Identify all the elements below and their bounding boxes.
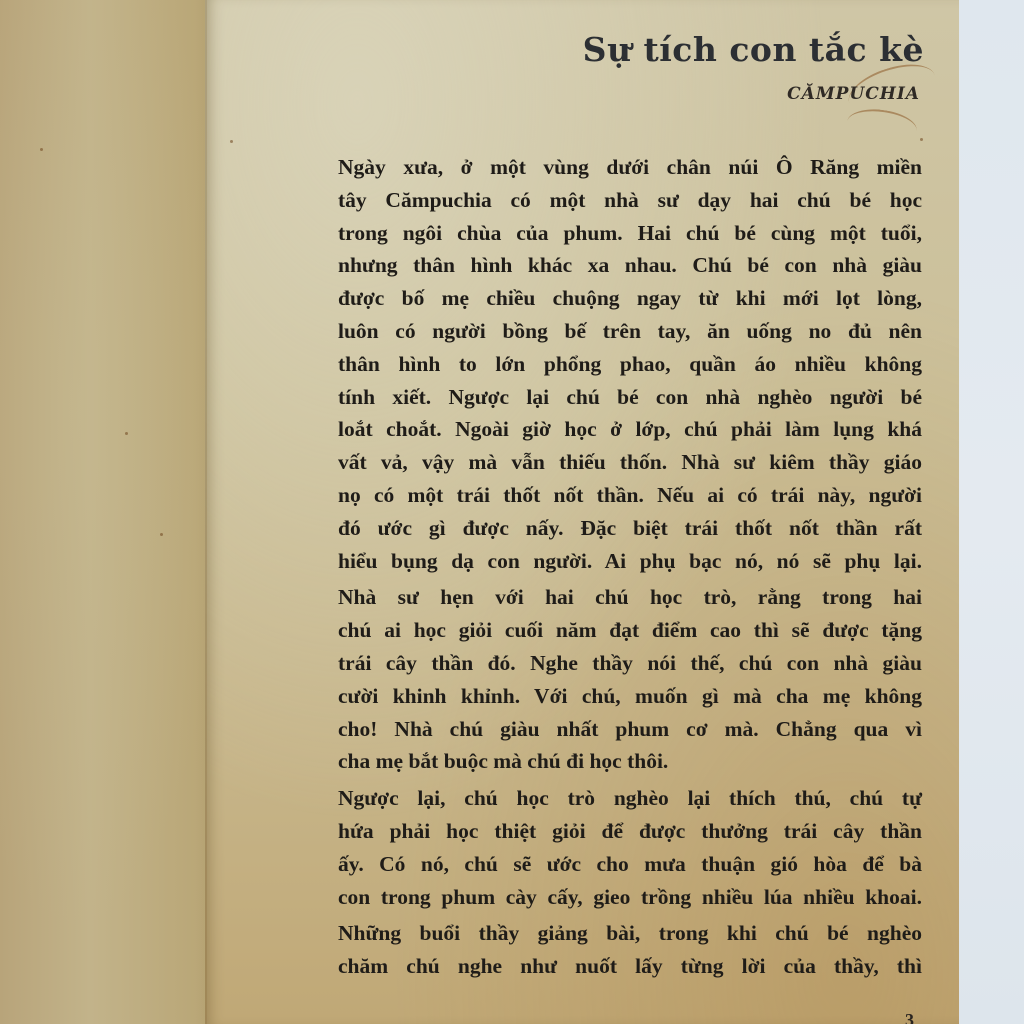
paper-speck xyxy=(920,138,923,141)
text-line: Ngược lại, chú học trò nghèo lại thích t… xyxy=(292,782,922,815)
paper-stain xyxy=(845,105,919,146)
text-line: nọ có một trái thốt nốt thần. Nếu ai có … xyxy=(292,479,922,512)
paper-speck xyxy=(160,533,163,536)
paragraph-1: Ngày xưa, ở một vùng dưới chân núi Ô Răn… xyxy=(292,151,922,577)
text-line: tây Cămpuchia có một nhà sư dạy hai chú … xyxy=(292,184,922,217)
text-line: trái cây thần đó. Nghe thầy nói thế, chú… xyxy=(292,647,922,680)
paragraph-4: Những buổi thầy giảng bài, trong khi chú… xyxy=(292,917,922,983)
story-title: Sự tích con tắc kè xyxy=(583,30,924,69)
story-body: Ngày xưa, ở một vùng dưới chân núi Ô Răn… xyxy=(292,151,922,987)
text-line: hiểu bụng dạ con người. Ai phụ bạc nó, n… xyxy=(292,545,922,578)
text-line: chăm chú nghe như nuốt lấy từng lời của … xyxy=(292,950,922,983)
text-line: chú ai học giỏi cuối năm đạt điểm cao th… xyxy=(292,614,922,647)
background-surface xyxy=(955,0,1024,1024)
text-line: nhưng thân hình khác xa nhau. Chú bé con… xyxy=(292,249,922,282)
text-line: tính xiết. Ngược lại chú bé con nhà nghè… xyxy=(292,381,922,414)
paragraph-2: Nhà sư hẹn với hai chú học trò, rằng tro… xyxy=(292,581,922,778)
text-line: loắt choắt. Ngoài giờ học ở lớp, chú phả… xyxy=(292,413,922,446)
text-line: được bố mẹ chiều chuộng ngay từ khi mới … xyxy=(292,282,922,315)
paper-speck xyxy=(230,140,233,143)
text-line: ấy. Có nó, chú sẽ ước cho mưa thuận gió … xyxy=(292,848,922,881)
text-line: vất vả, vậy mà vẫn thiếu thốn. Nhà sư ki… xyxy=(292,446,922,479)
text-line: con trong phum cày cấy, gieo trồng nhiều… xyxy=(292,881,922,914)
paper-speck xyxy=(125,432,128,435)
text-line: Ngày xưa, ở một vùng dưới chân núi Ô Răn… xyxy=(292,151,922,184)
text-line: đó ước gì được nấy. Đặc biệt trái thốt n… xyxy=(292,512,922,545)
text-line: trong ngôi chùa của phum. Hai chú bé cùn… xyxy=(292,217,922,250)
text-line: thân hình to lớn phổng phao, quần áo nhi… xyxy=(292,348,922,381)
text-line: cười khinh khỉnh. Với chú, muốn gì mà ch… xyxy=(292,680,922,713)
text-line: luôn có người bồng bế trên tay, ăn uống … xyxy=(292,315,922,348)
text-line: cho! Nhà chú giàu nhất phum cơ mà. Chẳng… xyxy=(292,713,922,746)
text-line: cha mẹ bắt buộc mà chú đi học thôi. xyxy=(292,745,922,778)
text-line: Những buổi thầy giảng bài, trong khi chú… xyxy=(292,917,922,950)
story-origin: CĂMPUCHIA xyxy=(787,84,920,104)
text-line: Nhà sư hẹn với hai chú học trò, rằng tro… xyxy=(292,581,922,614)
paragraph-3: Ngược lại, chú học trò nghèo lại thích t… xyxy=(292,782,922,913)
page-number: 3 xyxy=(905,1010,914,1024)
text-line: hứa phải học thiệt giỏi để được thưởng t… xyxy=(292,815,922,848)
paper-speck xyxy=(40,148,43,151)
